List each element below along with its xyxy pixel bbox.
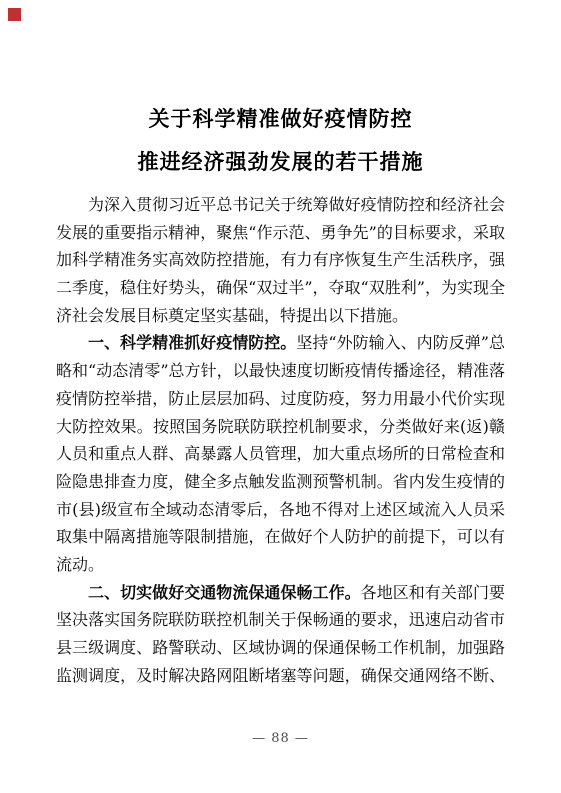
page-number: — 88 — — [0, 729, 561, 749]
body-line: 略和“动态清零”总方针，以最快速度切断疫情传播途径，精准落实 — [56, 357, 505, 385]
body-line: 市(县)级宣布全域动态清零后，各地不得对上述区域流入人员采 — [56, 496, 505, 524]
body-line: 大防控效果。按照国务院联防联控机制要求，分类做好来(返)赣 — [56, 413, 505, 441]
body-line: 人员和重点人群、高暴露人员管理，加大重点场所的日常检查和风 — [56, 440, 505, 468]
body-line: 为深入贯彻习近平总书记关于统筹做好疫情防控和经济社会 — [56, 191, 505, 219]
corner-mark — [8, 8, 21, 21]
body-line: 取集中隔离措施等限制措施，在做好个人防护的前提下，可以有序 — [56, 523, 505, 551]
paragraph-lead: 二、切实做好交通物流保通保畅工作。 — [88, 583, 361, 602]
paragraph-lead: 一、科学精准抓好疫情防控。 — [88, 333, 296, 352]
body-line: 二季度，稳住好势头，确保“双过半”，夺取“双胜利”，为实现全年经 — [56, 274, 505, 302]
document-title: 关于科学精准做好疫情防控 推进经济强劲发展的若干措施 — [0, 97, 561, 183]
body-line: 一、科学精准抓好疫情防控。坚持“外防输入、内防反弹”总策 — [56, 329, 505, 357]
body-line: 发展的重要指示精神，聚焦“作示范、勇争先”的目标要求，采取更 — [56, 219, 505, 247]
document-title-line1: 关于科学精准做好疫情防控 — [0, 97, 561, 140]
body-line: 坚决落实国务院联防联控机制关于保畅通的要求，迅速启动省市 — [56, 606, 505, 634]
body-line: 济社会发展目标奠定坚实基础，特提出以下措施。 — [56, 302, 505, 330]
document-title-line2: 推进经济强劲发展的若干措施 — [0, 140, 561, 183]
document-page: 关于科学精准做好疫情防控 推进经济强劲发展的若干措施 为深入贯彻习近平总书记关于… — [0, 0, 561, 793]
body-line: 险隐患排查力度，健全多点触发监测预警机制。省内发生疫情的 — [56, 468, 505, 496]
body-line: 二、切实做好交通物流保通保畅工作。各地区和有关部门要 — [56, 579, 505, 607]
document-body: 为深入贯彻习近平总书记关于统筹做好疫情防控和经济社会发展的重要指示精神，聚焦“作… — [56, 191, 505, 689]
body-line: 县三级调度、路警联动、区域协调的保通保畅工作机制，加强路网 — [56, 634, 505, 662]
body-line: 加科学精准务实高效防控措施，有力有序恢复生产生活秩序，强攻 — [56, 246, 505, 274]
body-line: 监测调度，及时解决路网阻断堵塞等问题，确保交通网络不断、应 — [56, 662, 505, 690]
body-line: 疫情防控举措，防止层层加码、过度防疫，努力用最小代价实现最 — [56, 385, 505, 413]
body-line: 流动。 — [56, 551, 505, 579]
